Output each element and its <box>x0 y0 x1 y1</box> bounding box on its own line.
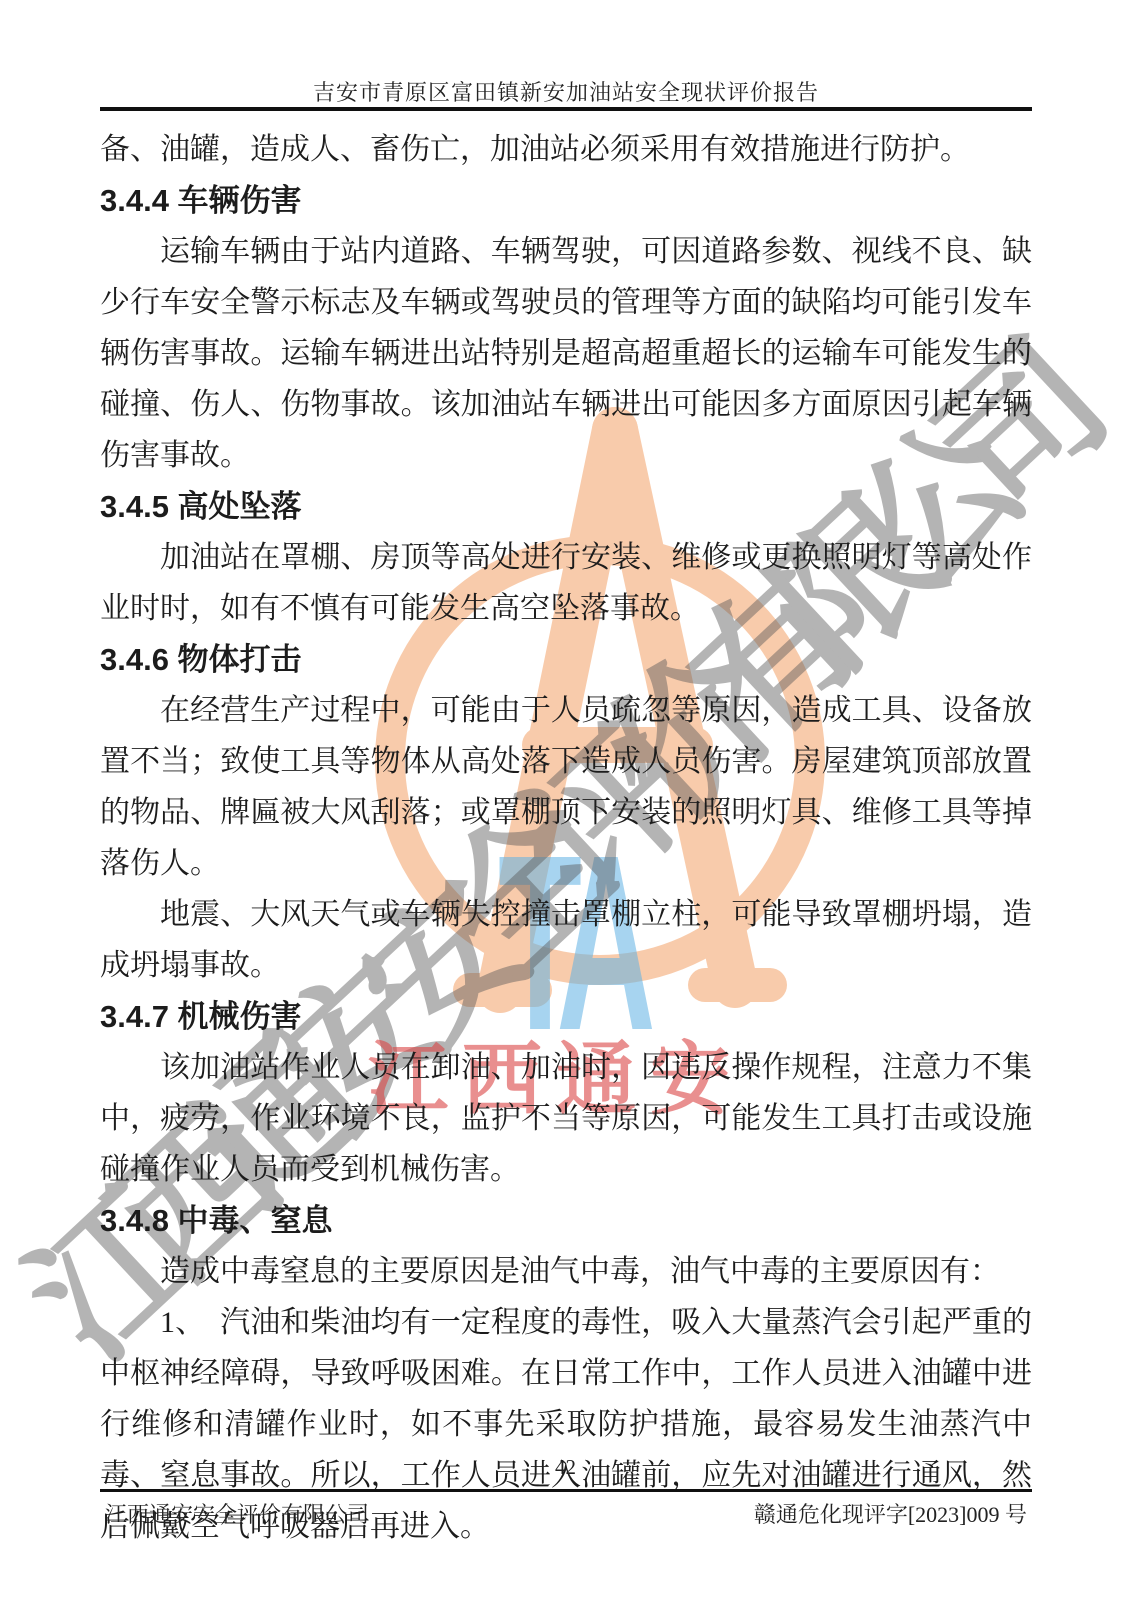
section-heading-3-4-4: 3.4.4 车辆伤害 <box>100 175 1032 226</box>
document-page: TA 江西通安安全评价有限公司 江西通安 吉安市青原区富田镇新安加油站安全现状评… <box>0 0 1131 1600</box>
section-heading-3-4-6: 3.4.6 物体打击 <box>100 634 1032 685</box>
page-number: 42 <box>0 1455 1131 1480</box>
paragraph: 该加油站作业人员在卸油、加油时，因违反操作规程，注意力不集中，疲劳，作业环境不良… <box>100 1042 1032 1195</box>
section-heading-3-4-5: 3.4.5 高处坠落 <box>100 481 1032 532</box>
footer-rule <box>100 1489 1032 1492</box>
paragraph: 加油站在罩棚、房顶等高处进行安装、维修或更换照明灯等高处作业时时，如有不慎有可能… <box>100 532 1032 634</box>
paragraph: 造成中毒窒息的主要原因是油气中毒，油气中毒的主要原因有： <box>100 1246 1032 1297</box>
paragraph: 地震、大风天气或车辆失控撞击罩棚立柱，可能导致罩棚坍塌，造成坍塌事故。 <box>100 889 1032 991</box>
section-heading-3-4-8: 3.4.8 中毒、窒息 <box>100 1195 1032 1246</box>
footer-doc-number: 赣通危化现评字[2023]009 号 <box>754 1498 1027 1529</box>
footer-company: 江西通安安全评价有限公司 <box>105 1498 369 1529</box>
document-body: 备、油罐，造成人、畜伤亡，加油站必须采用有效措施进行防护。 3.4.4 车辆伤害… <box>100 124 1032 1552</box>
section-heading-3-4-7: 3.4.7 机械伤害 <box>100 991 1032 1042</box>
header-title: 吉安市青原区富田镇新安加油站安全现状评价报告 <box>100 76 1032 107</box>
header-rule <box>100 107 1032 111</box>
intro-paragraph: 备、油罐，造成人、畜伤亡，加油站必须采用有效措施进行防护。 <box>100 124 1032 175</box>
paragraph: 在经营生产过程中，可能由于人员疏忽等原因，造成工具、设备放置不当；致使工具等物体… <box>100 685 1032 889</box>
paragraph: 运输车辆由于站内道路、车辆驾驶，可因道路参数、视线不良、缺少行车安全警示标志及车… <box>100 226 1032 481</box>
footer: 江西通安安全评价有限公司 赣通危化现评字[2023]009 号 <box>105 1498 1027 1529</box>
